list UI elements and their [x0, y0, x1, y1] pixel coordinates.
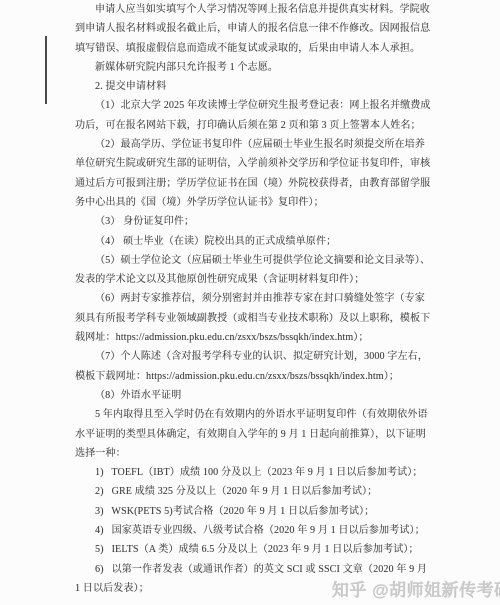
document-line: （4） 硕士毕业（在读）院校出具的正式成绩单原件； — [75, 232, 435, 251]
document-line: 5 年内取得且至入学时仍在有效期内的外语水平证明复印件（有效期依外语 — [75, 405, 435, 424]
margin-revision-bar — [45, 36, 47, 104]
document-lines: 申请人应当如实填写个人学习情况等网上报名信息并提供真实材料。学院收到申请人报名材… — [75, 0, 435, 598]
document-line: 模板下载网址：https://admission.pku.edu.cn/zsxx… — [75, 367, 435, 386]
document-line: 到申请人报名材料或报名截止后，申请人的报名信息一律不作修改。因网报信息 — [75, 19, 435, 38]
document-line: （2）最高学历、学位证书复印件（应届硕士毕业生报名时须提交所在培养 — [75, 135, 435, 154]
document-line: 通过后方可报到注册；学历学位证书在国（境）外院校获得者，由教育部留学服 — [75, 174, 435, 193]
document-line: （8）外语水平证明 — [75, 386, 435, 405]
document-line: （1）北京大学 2025 年攻读博士学位研究生报考登记表：网上报名并缴费成 — [75, 96, 435, 115]
document-line: 1) TOEFL（IBT）成绩 100 分及以上（2023 年 9 月 1 日以… — [75, 463, 435, 482]
document-line: 新媒体研究院内部只允许报考 1 个志愿。 — [75, 58, 435, 77]
document-line: 单位研究生院或研究生部的证明信，入学前须补交学历和学位证书复印件，审核 — [75, 154, 435, 173]
document-line: 须具有所报考学科专业领域副教授（或相当专业技术职称）及以上职称，模板下 — [75, 309, 435, 328]
document-line: 功后，可在报名网站下载，打印确认后须在第 2 页和第 3 页上签署本人姓名； — [75, 116, 435, 135]
document-line: 发表的学术论文以及其他原创性研究成果（含证明材料复印件）； — [75, 270, 435, 289]
document-line: （7）个人陈述（含对报考学科专业的认识、拟定研究计划，3000 字左右， — [75, 347, 435, 366]
document-line: 务中心出具的《国（境）外学历学位认证书》复印件）； — [75, 193, 435, 212]
document-line: （3） 身份证复印件； — [75, 212, 435, 231]
document-line: 申请人应当如实填写个人学习情况等网上报名信息并提供真实材料。学院收 — [75, 0, 435, 19]
document-line: 2. 提交申请材料 — [75, 77, 435, 96]
document-line: 载网址：https://admission.pku.edu.cn/zsxx/bs… — [75, 328, 435, 347]
document-line: 4) 国家英语专业四级、八级考试合格（2020 年 9 月 1 日以后参加考试）… — [75, 521, 435, 540]
document-line: 3) WSK(PETS 5)考试合格（2020 年 9 月 1 日以后参加考试）… — [75, 502, 435, 521]
document-line: （5）硕士学位论文（应届硕士毕业生可提供学位论文摘要和论文目录等）、 — [75, 251, 435, 270]
document-line: 填写错误、填报虚假信息而造成不能复试或录取的，后果由申请人本人承担。 — [75, 39, 435, 58]
document-line: 2) GRE 成绩 325 分及以上（2020 年 9 月 1 日以后参加考试）… — [75, 482, 435, 501]
document-line: 选择一种： — [75, 444, 435, 463]
document-line: （6）两封专家推荐信，须分别密封并由推荐专家在封口骑缝处签字（专家 — [75, 289, 435, 308]
document-line: 水平证明的类型具体确定，有效期自入学年的 9 月 1 日起向前推算），以下证明 — [75, 425, 435, 444]
document-line: 5) IELTS（A 类）成绩 6.5 分及以上（2023 年 9 月 1 日以… — [75, 540, 435, 559]
document-page: 申请人应当如实填写个人学习情况等网上报名信息并提供真实材料。学院收到申请人报名材… — [0, 0, 500, 605]
zhihu-watermark: 知乎 @胡师姐新传考研 — [332, 576, 500, 601]
